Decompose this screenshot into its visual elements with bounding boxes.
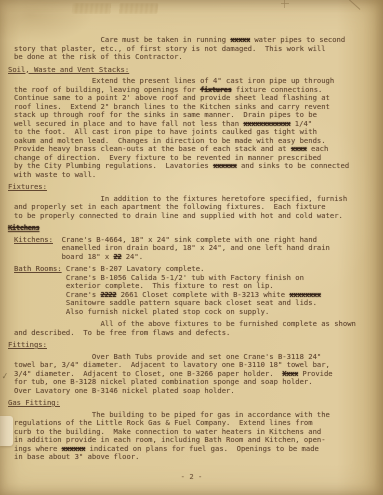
section-paragraph: Care must be taken in running xxxxx wate… [14, 36, 375, 62]
typed-text: Fittings: [8, 340, 47, 349]
paper-tab-artifact [0, 416, 13, 446]
typed-text: in base about 3" above floor. [14, 452, 140, 461]
typed-line: in base about 3" above floor. [14, 453, 375, 462]
typed-text: to be properly connected to drain line a… [14, 211, 343, 220]
page-number: - 2 - [0, 472, 383, 481]
section-paragraph: Extend the present lines of 4" cast iron… [14, 77, 375, 179]
struck-text: xxxxxx [213, 161, 237, 170]
typed-text: Also furnish nickel plated stop cock on … [14, 307, 269, 316]
typed-text: Soil, Waste and Vent Stacks: [8, 65, 129, 74]
typed-text: be done at the risk of this Contractor. [14, 52, 183, 61]
typed-text: with waste to wall. [14, 170, 96, 179]
typed-text: board 18" x [14, 252, 114, 261]
section-paragraph: Over Bath Tubs provide and set one Crane… [14, 353, 375, 396]
section-paragraph: The building to be piped for gas in acco… [14, 411, 375, 462]
typed-line: board 18" x 22 24". [14, 253, 375, 262]
typed-line: Over Lavatory one B-3146 nickel plated s… [14, 387, 375, 396]
typed-text: and sinks to be connected [237, 161, 350, 170]
typed-text: Gas Fitting: [8, 398, 60, 407]
ink-transfer-mark [71, 3, 158, 14]
typed-text: Over Lavatory one B-3146 nickel plated s… [14, 386, 235, 395]
section-paragraph: Kitchens: Crane's B-4664, 18" x 24" sink… [14, 236, 375, 262]
typed-line: be done at the risk of this Contractor. [14, 53, 375, 62]
document-body: Care must be taken in running xxxxx wate… [0, 0, 383, 462]
section-heading: Fittings: [8, 341, 375, 350]
section-heading: Fixtures: [8, 183, 375, 192]
fold-cross-mark [281, 0, 289, 8]
section-paragraph: All of the above fixtures to be furnishe… [14, 320, 375, 337]
typed-text: Fixtures: [8, 182, 47, 191]
section-paragraph: Bath Rooms: Crane's B-207 Lavatory compl… [14, 265, 375, 316]
typed-line: with waste to wall. [14, 171, 375, 180]
struck-text: Kitchens [8, 223, 39, 232]
typed-line: to be properly connected to drain line a… [14, 212, 375, 221]
section-paragraph: In addition to the fixtures heretofore s… [14, 195, 375, 221]
section-heading: Kitchens [8, 224, 375, 233]
section-heading: Gas Fitting: [8, 399, 375, 408]
typed-line: and described. To be free from flaws and… [14, 329, 375, 338]
typed-text: 24". [121, 252, 143, 261]
typed-text: and described. To be free from flaws and… [14, 328, 230, 337]
typed-line: Also furnish nickel plated stop cock on … [14, 308, 375, 317]
section-heading: Soil, Waste and Vent Stacks: [8, 66, 375, 75]
